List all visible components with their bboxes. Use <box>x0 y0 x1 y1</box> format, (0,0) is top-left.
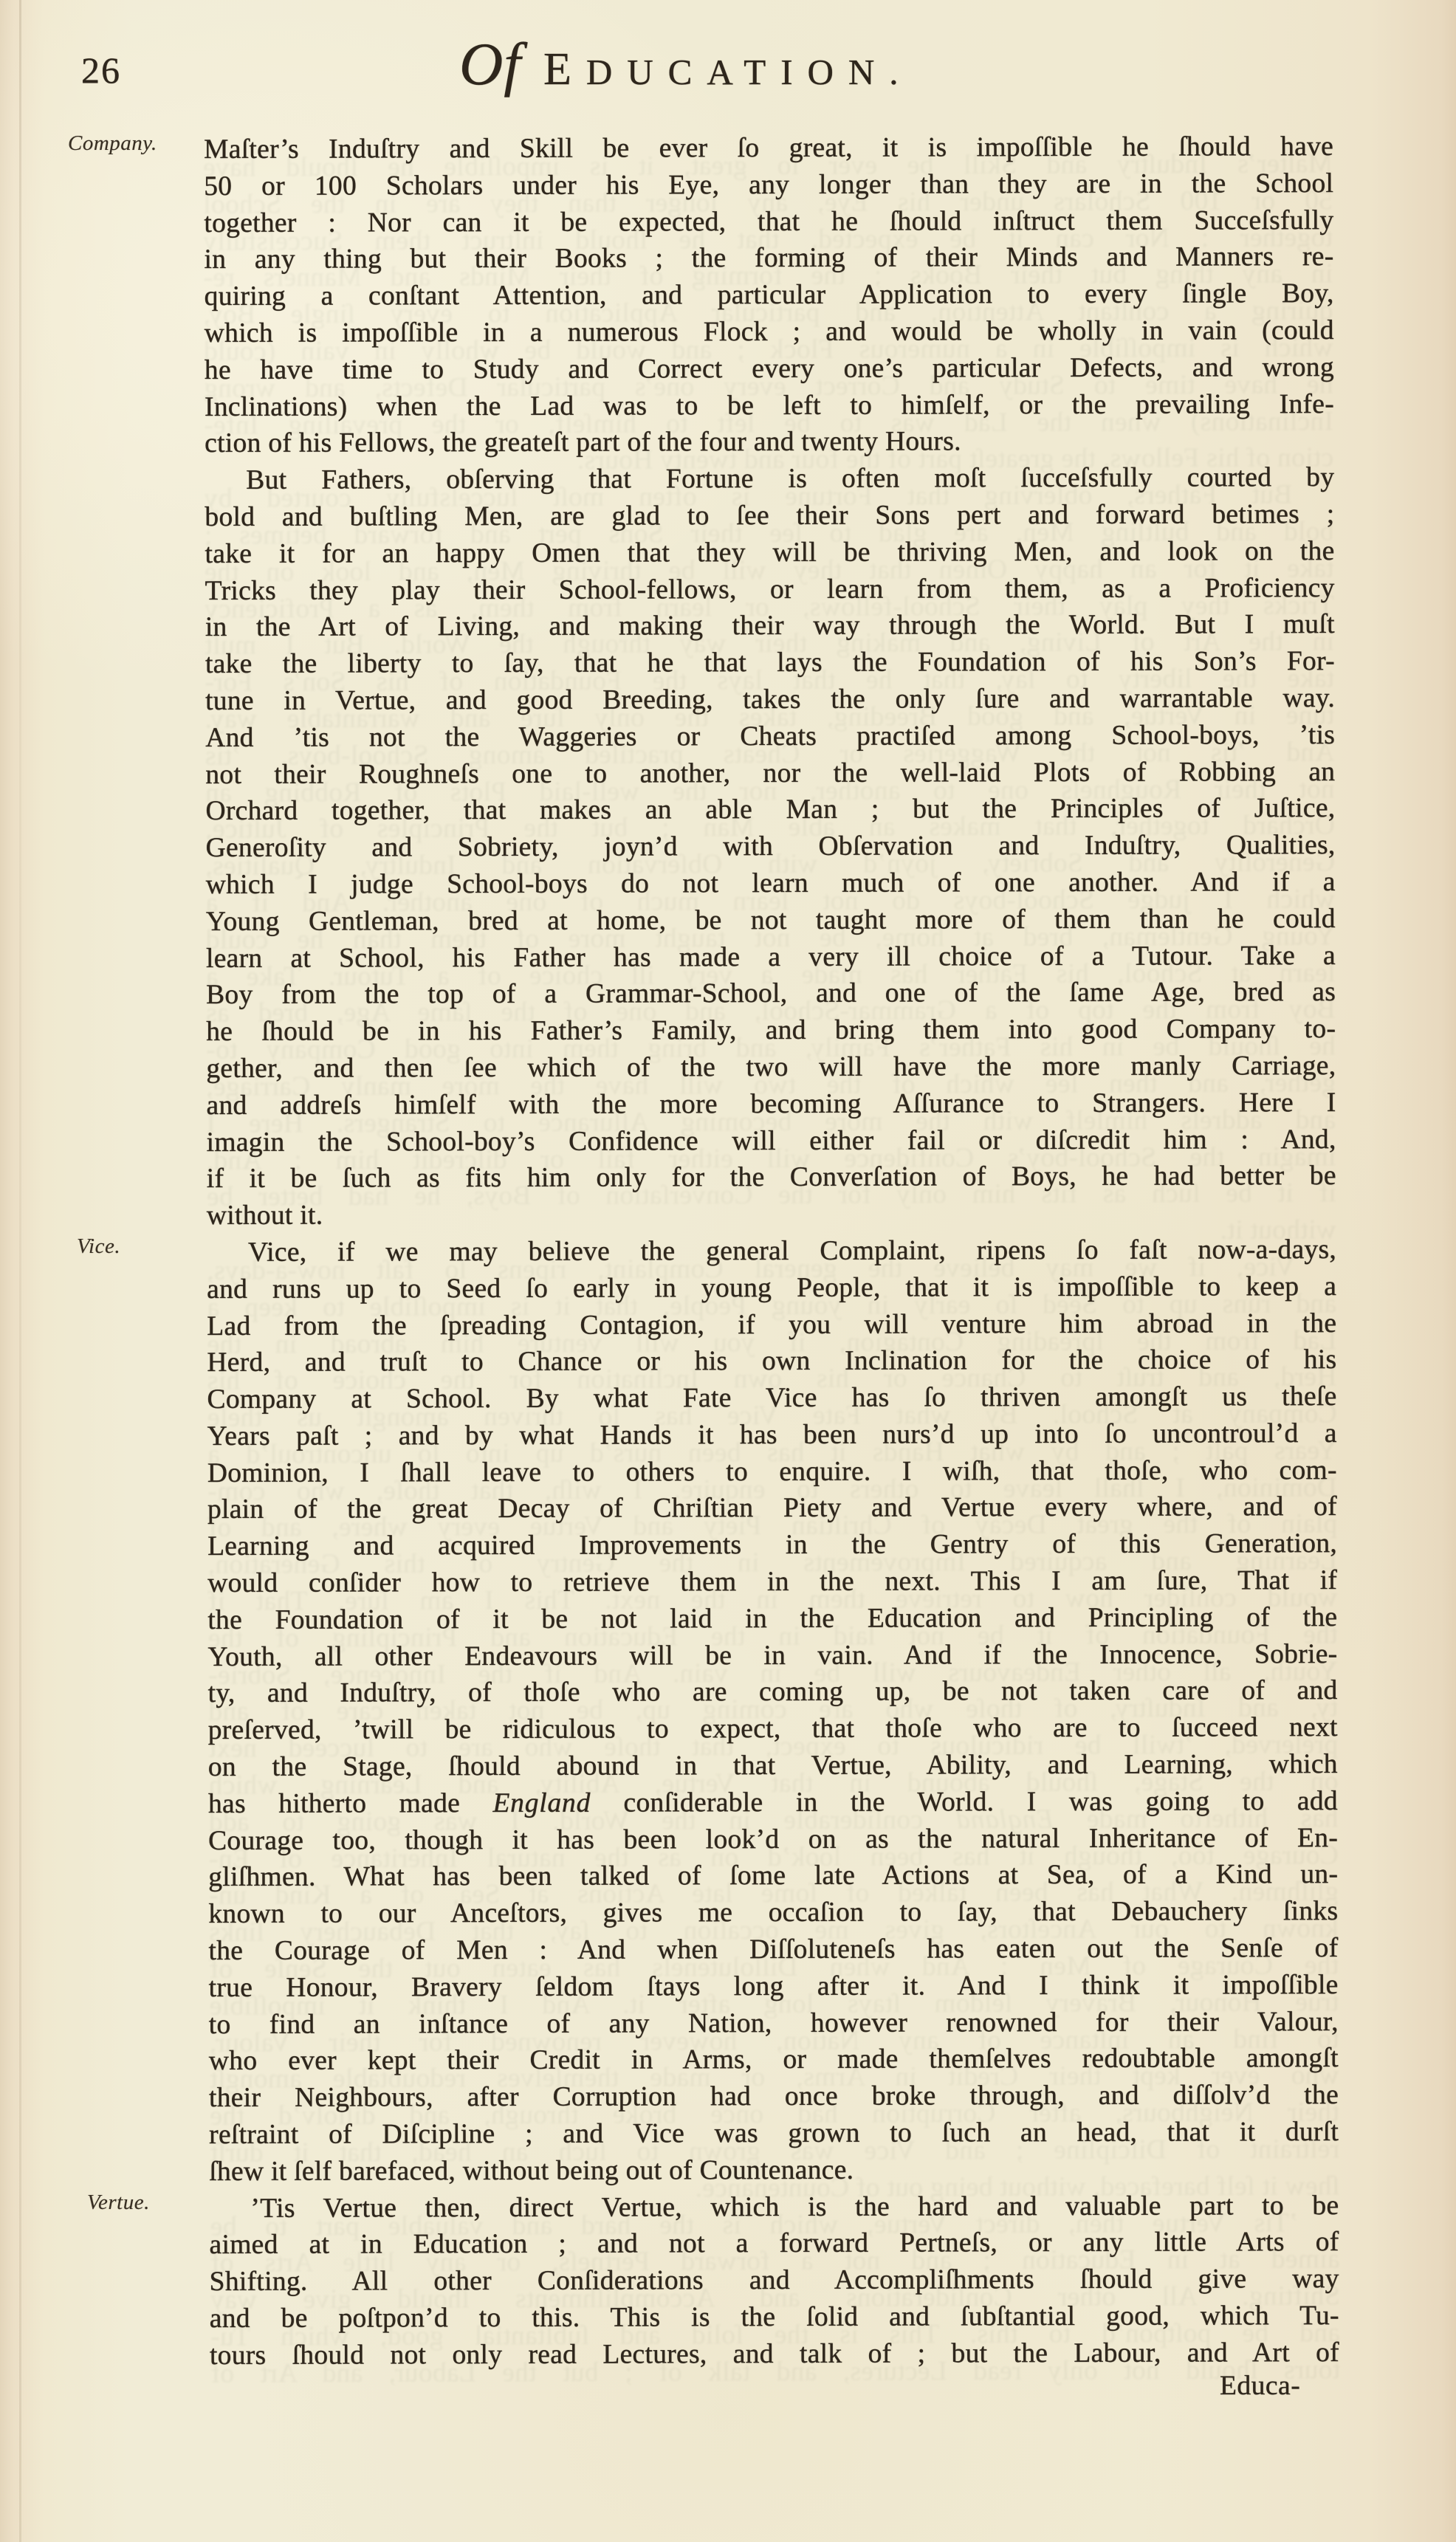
body-line: gether, and then ſee which of the two wi… <box>206 1048 1336 1088</box>
body-line: aimed at in Education ; and not a forwar… <box>209 2224 1339 2264</box>
body-line: ction of his Fellows, the greateſt part … <box>205 422 1334 462</box>
page-header: Of E DUCATION. <box>459 30 913 99</box>
body-line: Lad from the ſpreading Contagion, if you… <box>207 1305 1336 1344</box>
body-line: Generoſity and Sobriety, joyn’d with Obſ… <box>206 827 1336 867</box>
body-line: bold and buſtling Men, are glad to ſee t… <box>205 496 1334 536</box>
body-line: reſtraint of Diſcipline ; and Vice was g… <box>209 2114 1339 2154</box>
header-title-initial: E <box>543 44 586 96</box>
body-line: imagin the School-boy’s Confidence will … <box>207 1121 1336 1161</box>
body-line: ſhew it ſelf barefaced, without being ou… <box>209 2151 1339 2191</box>
body-line: Young Gentleman, bred at home, be not ta… <box>206 901 1336 941</box>
body-line: And ’tis not the Waggeries or Cheats pra… <box>205 717 1335 757</box>
body-line: Courage too, though it has been look’d o… <box>208 1820 1338 1860</box>
body-line: Dominion, I ſhall leave to others to enq… <box>207 1452 1337 1492</box>
body-line: he ſhould be in his Father’s Family, and… <box>206 1011 1336 1051</box>
body-line: and be poſtpon’d to this. This is the ſo… <box>210 2298 1339 2337</box>
body-line: has hitherto made England conſiderable i… <box>208 1783 1338 1823</box>
margin-note: Vice. <box>77 1234 120 1259</box>
body-line: plain of the great Decay of Chriſtian Pi… <box>207 1488 1337 1528</box>
body-line: and runs up to Seed ſo early in young Pe… <box>207 1268 1336 1308</box>
body-line: together : Nor can it be expected, that … <box>204 202 1333 242</box>
body-line: take it for an happy Omen that they will… <box>205 533 1334 573</box>
body-line: learn at School, his Father has made a v… <box>206 938 1336 978</box>
book-page-scan: Maſter’s Induſtry and Skill be ever ſo g… <box>0 0 1456 2542</box>
body-line: which is impoſſible in a numerous Flock … <box>205 312 1334 352</box>
body-line: he have time to Study and Correct every … <box>205 349 1334 389</box>
body-line: take the liberty to ſay, that he that la… <box>205 643 1335 683</box>
page-number: 26 <box>81 49 121 92</box>
body-line: gliſhmen. What has been talked of ſome l… <box>208 1856 1338 1896</box>
body-line: ty, and Induſtry, of thoſe who are comin… <box>208 1672 1338 1712</box>
body-line: who ever kept their Credit in Arms, or m… <box>209 2040 1339 2080</box>
body-line: Maſter’s Induſtry and Skill be ever ſo g… <box>204 128 1333 168</box>
body-line: to find an inſtance of any Nation, howev… <box>209 2004 1339 2044</box>
body-line: in any thing but their Books ; the formi… <box>204 238 1333 278</box>
body-line: true Honour, Bravery ſeldom ſtays long a… <box>209 1967 1339 2007</box>
body-line: in the Art of Living, and making their w… <box>205 606 1335 646</box>
body-line: without it. <box>207 1195 1336 1234</box>
body-line: Tricks they play their School-fellows, o… <box>205 570 1335 610</box>
body-line: But Fathers, obſerving that Fortune is o… <box>205 459 1334 499</box>
body-line: Inclinations) when the Lad was to be lef… <box>205 386 1334 426</box>
margin-note: Company. <box>68 131 157 156</box>
body-line: their Neighbours, after Corruption had o… <box>209 2077 1339 2117</box>
body-line: Youth, all other Endeavours will be in v… <box>207 1636 1337 1676</box>
body-text-column: Maſter’s Induſtry and Skill be ever ſo g… <box>204 128 1339 2374</box>
header-of-italic: Of <box>459 30 521 99</box>
body-line: 50 or 100 Scholars under his Eye, any lo… <box>204 165 1333 205</box>
page-gutter-shadow <box>19 0 21 2542</box>
body-line: the Courage of Men : And when Diſſoluten… <box>208 1930 1338 1970</box>
body-line: Herd, and truſt to Chance or his own Inc… <box>207 1342 1336 1381</box>
body-line: would conſider how to retrieve them in t… <box>207 1562 1337 1602</box>
body-line: known to our Anceſtors, gives me occaſio… <box>208 1893 1338 1933</box>
body-line: and addreſs himſelf with the more becomi… <box>206 1085 1336 1124</box>
header-title-caps: DUCATION. <box>586 51 913 93</box>
body-line: tours ſhould not only read Lectures, and… <box>210 2335 1339 2374</box>
body-line: not their Roughneſs one to another, nor … <box>205 754 1335 794</box>
margin-note: Vertue. <box>87 2191 150 2215</box>
body-line: preſerved, ’twill be ridiculous to expec… <box>208 1709 1338 1749</box>
body-line: Learning and acquired Improvements in th… <box>207 1525 1337 1565</box>
body-line: tune in Vertue, and good Breeding, takes… <box>205 680 1335 720</box>
body-line: Shifting. All other Conſiderations and A… <box>210 2261 1339 2301</box>
body-line: Vice, if we may believe the general Comp… <box>207 1232 1336 1271</box>
body-line: Orchard together, that makes an able Man… <box>205 790 1335 830</box>
body-line: Company at School. By what Fate Vice has… <box>207 1378 1336 1418</box>
body-line: on the Stage, ſhould abound in that Vert… <box>208 1746 1338 1786</box>
body-line: Years paſt ; and by what Hands it has be… <box>207 1415 1337 1455</box>
body-line: the Foundation of it be not laid in the … <box>207 1599 1337 1639</box>
body-line: ’Tis Vertue then, direct Vertue, which i… <box>209 2188 1339 2227</box>
body-line: quiring a conſtant Attention, and partic… <box>205 275 1334 315</box>
body-line: if it be ſuch as fits him only for the C… <box>207 1158 1336 1198</box>
catchword: Educa- <box>1220 2370 1300 2402</box>
body-line: which I judge School-boys do not learn m… <box>206 864 1336 904</box>
body-line: Boy from the top of a Grammar-School, an… <box>206 974 1336 1014</box>
